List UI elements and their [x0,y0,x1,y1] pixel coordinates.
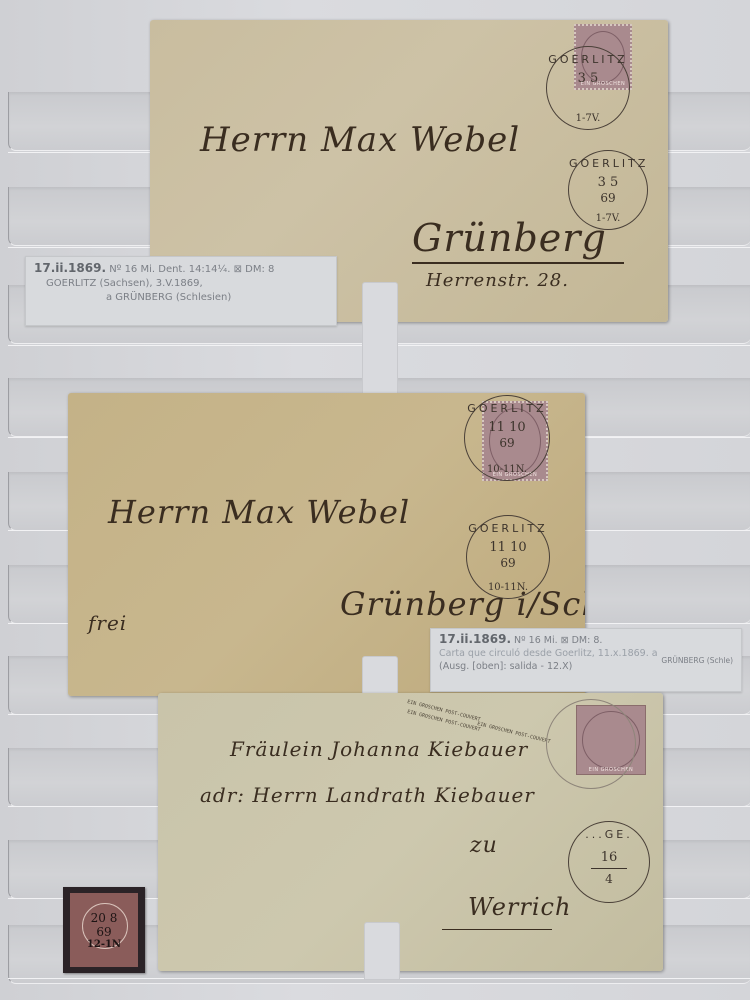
strip-tab [362,282,398,394]
loose-stamp-on-mount[interactable]: 20 8 69 12-1N [63,887,145,973]
cover-1-city: Grünberg [412,216,607,260]
cover-1-postmark-1: GOERLITZ 3 5 1-7V. [546,46,630,130]
cover-1-addressee: Herrn Max Webel [200,120,520,160]
loose-stamp-face: 20 8 69 12-1N [70,893,138,967]
strip-tab [364,922,400,980]
note-line-3: (Ausg. [oben]: salida - 12.X) GRÜNBERG (… [439,660,733,673]
cover-2-postmark-1: GOERLITZ 11 10 69 10-11N. [464,395,550,481]
note-line-3: a GRÜNBERG (Schlesien) [34,291,328,305]
postmark-divider [591,868,627,869]
cover-3-postmark: ...GE. 16 4 [568,821,650,903]
cover-3-city: Werrich [468,893,571,921]
cover-1-street: Herrenstr. 28. [426,270,569,291]
cover-2-note-frei: frei [88,611,127,635]
cover-3-zu: zu [470,833,498,858]
cover-1-description-label: 17.ii.1869. Nº 16 Mi. Dent. 14:14¼. ⊠ DM… [25,256,337,326]
strip-tab [362,656,398,694]
cover-3-postmark-ghost [546,699,636,789]
cover-3-city-underline [442,929,552,930]
cover-3-care-of: adr: Herrn Landrath Kiebauer [200,783,535,807]
cover-2-description-label: 17.ii.1869. Nº 16 Mi. ⊠ DM: 8. Carta que… [430,628,742,692]
cover-1-city-underline [412,262,624,264]
loose-stamp-cancel: 20 8 69 12-1N [70,911,138,950]
stockbook-page: EIN GROSCHEN GOERLITZ 3 5 1-7V. GOERLITZ… [0,0,750,1000]
cover-3-addressee: Fräulein Johanna Kiebauer [230,737,528,761]
cover-3-envelope[interactable]: EIN GROSCHEN POST-COUVERT EIN GROSCHEN P… [158,693,663,971]
note-line-1: 17.ii.1869. Nº 16 Mi. ⊠ DM: 8. [439,633,733,647]
note-line-1: 17.ii.1869. Nº 16 Mi. Dent. 14:14¼. ⊠ DM… [34,261,328,277]
note-line-2: GOERLITZ (Sachsen), 3.V.1869, [34,277,328,291]
cover-2-addressee: Herrn Max Webel [108,493,410,531]
cover-2-city: Grünberg i/Schlesien [340,585,585,623]
